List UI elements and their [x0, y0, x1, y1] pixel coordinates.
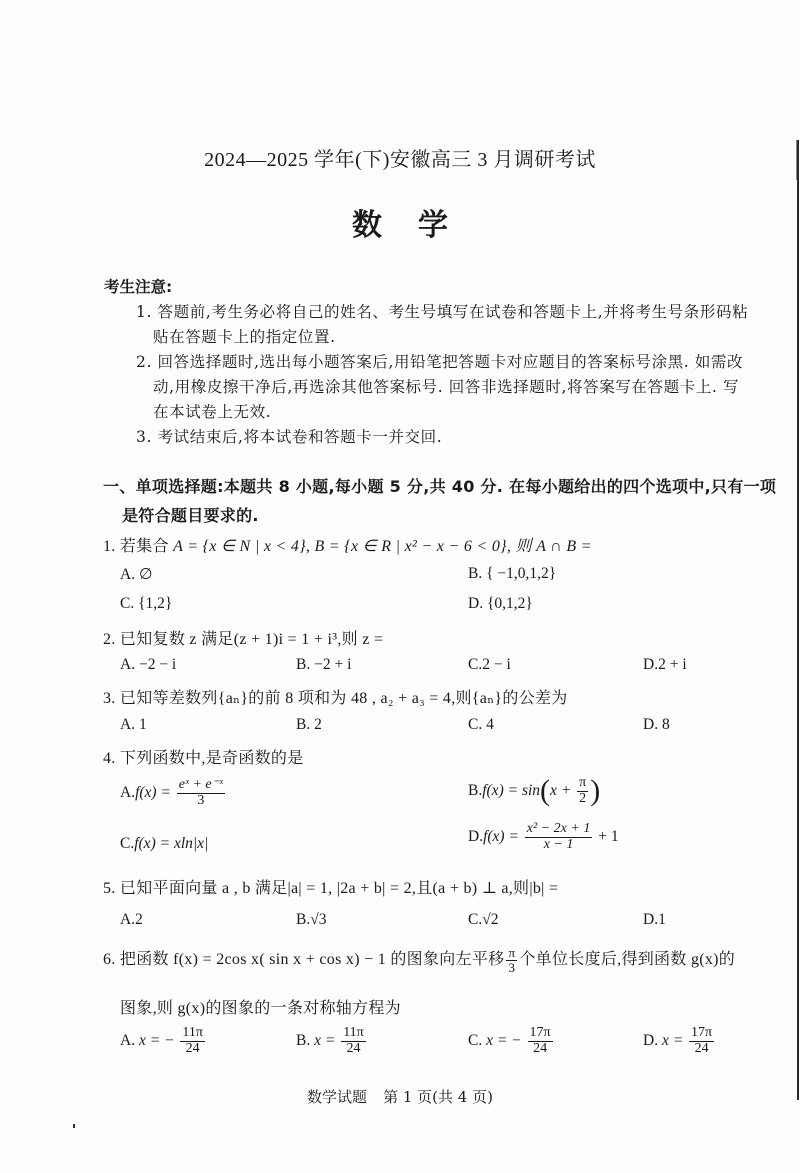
- question-5-option-b: B.√3: [296, 911, 326, 929]
- question-6-text-part2: 个单位长度后,得到函数 g(x)的: [519, 951, 735, 968]
- option-value: f(x) = xln|x|: [134, 835, 208, 852]
- option-label: B.: [296, 656, 310, 673]
- scan-edge-line: [797, 140, 799, 1100]
- option-value: √2: [482, 911, 498, 928]
- option-label: C.: [468, 716, 482, 733]
- option-prefix: x = −: [139, 1032, 175, 1049]
- option-value: {0,1,2}: [487, 595, 533, 612]
- option-value: √3: [310, 911, 326, 928]
- notice-item-3-line1: 3. 考试结束后,将本试卷和答题卡一并交回.: [136, 425, 442, 447]
- question-5-option-d: D.1: [643, 911, 666, 929]
- option-value: −2 + i: [314, 656, 351, 673]
- option-value: { −1,0,1,2}: [486, 565, 556, 582]
- question-2-option-b: B. −2 + i: [296, 656, 351, 674]
- fraction-denominator: 24: [531, 1042, 549, 1057]
- question-2-stem: 2. 已知复数 z 满足(z + 1)i = 1 + i³,则 z =: [103, 626, 383, 649]
- fraction: x² − 2x + 1 x − 1: [525, 822, 593, 852]
- question-4-option-b: B.f(x) = sin(x + π 2 ): [468, 776, 600, 806]
- option-label: D.: [643, 911, 658, 928]
- fraction-numerator: π: [506, 946, 517, 961]
- fraction-denominator: 3: [507, 961, 518, 975]
- fraction: π 2: [577, 776, 588, 806]
- fraction-denominator: 24: [344, 1042, 362, 1057]
- option-label: A.: [120, 1032, 135, 1049]
- question-3-stem: 3. 已知等差数列{aₙ}的前 8 项和为 48 , a₂ + a₃ = 4,则…: [103, 685, 568, 708]
- option-label: D.: [468, 595, 483, 612]
- question-4-number: 4.: [103, 750, 116, 767]
- exam-title: 2024—2025 学年(下)安徽高三 3 月调研考试: [0, 143, 800, 172]
- option-label: B.: [296, 911, 310, 928]
- fraction: 11π24: [180, 1026, 205, 1056]
- option-value: 1: [658, 911, 666, 928]
- question-3-text: 已知等差数列{aₙ}的前 8 项和为 48 , a₂ + a₃ = 4,则{aₙ…: [120, 690, 568, 707]
- fraction-numerator: 11π: [180, 1026, 205, 1042]
- notice-item-2-line3: 在本试卷上无效.: [153, 400, 271, 422]
- subject-title: 数学: [0, 200, 800, 244]
- option-label: C.: [468, 1032, 482, 1049]
- fraction-numerator: eˣ + e⁻ˣ: [177, 778, 225, 794]
- question-1-option-d: D. {0,1,2}: [468, 595, 533, 613]
- question-6-option-d: D. x = 17π24: [643, 1026, 716, 1056]
- fraction-numerator: π: [577, 776, 588, 792]
- option-prefix: f(x) =: [483, 828, 519, 845]
- option-value: 2 + i: [658, 656, 687, 673]
- question-3-option-a: A. 1: [120, 716, 147, 734]
- question-1-option-c: C. {1,2}: [120, 595, 172, 613]
- question-5-option-c: C.√2: [468, 911, 498, 929]
- option-label: D.: [643, 656, 658, 673]
- notice-item-2-line2: 动,用橡皮擦干净后,再选涂其他答案标号. 回答非选择题时,将答案写在答题卡上. …: [153, 375, 739, 397]
- option-label: D.: [468, 828, 483, 845]
- option-label: C.: [468, 911, 482, 928]
- question-4-text: 下列函数中,是奇函数的是: [120, 750, 304, 767]
- question-1-stem: 1. 若集合 A = {x ∈ N | x < 4}, B = {x ∈ R |…: [103, 533, 592, 556]
- option-value: −2 − i: [139, 656, 176, 673]
- option-label: C.: [120, 835, 134, 852]
- question-4-option-a: A.f(x) = eˣ + e⁻ˣ 3: [120, 778, 227, 808]
- question-6-stem-line1: 6. 把函数 f(x) = 2cos x( sin x + cos x) − 1…: [103, 946, 735, 974]
- question-4-option-c: C.f(x) = xln|x|: [120, 835, 208, 853]
- option-value: 2 − i: [482, 656, 511, 673]
- footer-page-info: 第 1 页(共 4 页): [383, 1088, 493, 1106]
- question-1-number: 1.: [103, 538, 116, 555]
- question-1-math: A = {x ∈ N | x < 4}, B = {x ∈ R | x² − x…: [173, 538, 592, 555]
- scan-speck: [73, 1124, 75, 1128]
- section-heading-line1: 一、单项选择题:本题共 8 小题,每小题 5 分,共 40 分. 在每小题给出的…: [103, 474, 776, 497]
- fraction: 17π24: [689, 1026, 714, 1056]
- notice-item-1-line1: 1. 答题前,考生务必将自己的姓名、考生号填写在试卷和答题卡上,并将考生号条形码…: [136, 300, 748, 322]
- question-2-option-d: D.2 + i: [643, 656, 687, 674]
- fraction-numerator: x² − 2x + 1: [525, 822, 593, 838]
- exam-page: 2024—2025 学年(下)安徽高三 3 月调研考试 数学 考生注意: 1. …: [0, 0, 800, 1173]
- option-label: C.: [468, 656, 482, 673]
- option-prefix: f(x) = sin: [482, 782, 540, 799]
- fraction-denominator: 24: [184, 1042, 202, 1057]
- question-3-option-b: B. 2: [296, 716, 322, 734]
- option-value: {1,2}: [138, 595, 172, 612]
- question-4-option-d: D.f(x) = x² − 2x + 1 x − 1 + 1: [468, 822, 619, 852]
- option-label: C.: [120, 595, 134, 612]
- option-prefix: x =: [662, 1032, 683, 1049]
- question-2-text: 已知复数 z 满足(z + 1)i = 1 + i³,则 z =: [120, 631, 383, 648]
- option-value: 2: [135, 911, 143, 928]
- fraction-denominator: 24: [693, 1042, 711, 1057]
- question-5-option-a: A.2: [120, 911, 143, 929]
- question-6-option-b: B. x = 11π24: [296, 1026, 368, 1056]
- fraction-denominator: 2: [577, 792, 588, 807]
- question-6-text-part1: 把函数 f(x) = 2cos x( sin x + cos x) − 1 的图…: [120, 951, 505, 968]
- option-label: A.: [120, 911, 135, 928]
- fraction-numerator: 17π: [689, 1026, 714, 1042]
- question-5-number: 5.: [103, 880, 116, 897]
- option-value: 4: [486, 716, 494, 733]
- option-prefix: f(x) =: [135, 784, 171, 801]
- option-prefix: x = −: [486, 1032, 522, 1049]
- fraction: 11π24: [341, 1026, 366, 1056]
- section-heading-line2: 是符合题目要求的.: [122, 503, 259, 526]
- option-value: 8: [662, 716, 670, 733]
- question-1-text: 若集合: [120, 538, 173, 555]
- option-label: B.: [468, 782, 482, 799]
- question-6-stem-line2: 图象,则 g(x)的图象的一条对称轴方程为: [120, 995, 401, 1018]
- option-label: D.: [643, 716, 658, 733]
- option-inner: x +: [550, 782, 571, 799]
- fraction: π3: [506, 946, 517, 974]
- page-footer: 数学试题第 1 页(共 4 页): [0, 1086, 800, 1107]
- fraction-denominator: x − 1: [542, 838, 576, 853]
- question-3-option-d: D. 8: [643, 716, 670, 734]
- fraction-denominator: 3: [195, 794, 206, 809]
- notice-heading: 考生注意:: [104, 275, 172, 297]
- question-5-stem: 5. 已知平面向量 a , b 满足|a| = 1, |2a + b| = 2,…: [103, 875, 558, 898]
- notice-item-1-line2: 贴在答题卡上的指定位置.: [153, 325, 336, 347]
- option-label: A.: [120, 784, 135, 801]
- option-suffix: + 1: [598, 828, 618, 845]
- fraction: eˣ + e⁻ˣ 3: [177, 778, 225, 808]
- fraction: 17π24: [528, 1026, 553, 1056]
- question-2-number: 2.: [103, 631, 116, 648]
- question-2-option-a: A. −2 − i: [120, 656, 176, 674]
- question-6-option-c: C. x = − 17π24: [468, 1026, 555, 1056]
- question-1-option-a: A. ∅: [120, 565, 152, 584]
- option-label: A.: [120, 566, 135, 583]
- right-paren: ): [590, 774, 600, 807]
- question-2-option-c: C.2 − i: [468, 656, 511, 674]
- left-paren: (: [540, 774, 550, 807]
- option-label: B.: [468, 565, 482, 582]
- question-1-option-b: B. { −1,0,1,2}: [468, 565, 556, 583]
- footer-subject: 数学试题: [307, 1088, 367, 1106]
- option-prefix: x =: [314, 1032, 335, 1049]
- question-3-option-c: C. 4: [468, 716, 494, 734]
- fraction-numerator: 11π: [341, 1026, 366, 1042]
- option-label: A.: [120, 656, 135, 673]
- option-label: D.: [643, 1032, 658, 1049]
- question-6-option-a: A. x = − 11π24: [120, 1026, 207, 1056]
- notice-item-2-line1: 2. 回答选择题时,选出每小题答案后,用铅笔把答题卡对应题目的答案标号涂黑. 如…: [136, 350, 743, 372]
- option-label: B.: [296, 716, 310, 733]
- question-6-number: 6.: [103, 951, 116, 968]
- question-3-number: 3.: [103, 690, 116, 707]
- option-label: A.: [120, 716, 135, 733]
- option-value: 1: [139, 716, 147, 733]
- option-value: ∅: [139, 566, 153, 583]
- fraction-numerator: 17π: [528, 1026, 553, 1042]
- question-4-stem: 4. 下列函数中,是奇函数的是: [103, 745, 304, 768]
- question-5-text: 已知平面向量 a , b 满足|a| = 1, |2a + b| = 2,且(a…: [120, 880, 558, 897]
- option-label: B.: [296, 1032, 310, 1049]
- option-value: 2: [314, 716, 322, 733]
